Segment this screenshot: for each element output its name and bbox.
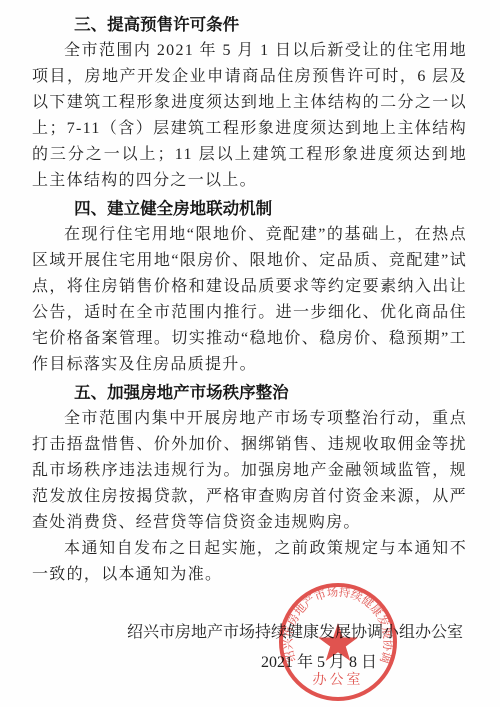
issue-date: 2021 年 5 月 8 日 xyxy=(32,650,377,676)
section-5-heading: 五、加强房地产市场秩序整治 xyxy=(32,378,467,406)
signature-block: 绍兴市房地产市场持续健康发展协调小组办公室 2021 年 5 月 8 日 xyxy=(32,620,467,676)
issuing-office-signature: 绍兴市房地产市场持续健康发展协调小组办公室 xyxy=(32,620,463,646)
section-5-paragraph-2: 本通知自发布之日起实施，之前政策规定与本通知不一致的，以本通知为准。 xyxy=(32,536,467,588)
section-5-paragraph-1: 全市范围内集中开展房地产市场专项整治行动，重点打击捂盘惜售、价外加价、捆绑销售、… xyxy=(32,406,467,536)
section-3-paragraph: 全市范围内 2021 年 5 月 1 日以后新受让的住宅用地项目，房地产开发企业… xyxy=(32,38,467,194)
section-3-heading: 三、提高预售许可条件 xyxy=(32,10,467,38)
notice-document-page: 三、提高预售许可条件 全市范围内 2021 年 5 月 1 日以后新受让的住宅用… xyxy=(0,0,500,707)
section-4-paragraph: 在现行住宅用地“限地价、竞配建”的基础上，在热点区域开展住宅用地“限房价、限地价… xyxy=(32,222,467,378)
section-4-heading: 四、建立健全房地联动机制 xyxy=(32,194,467,222)
